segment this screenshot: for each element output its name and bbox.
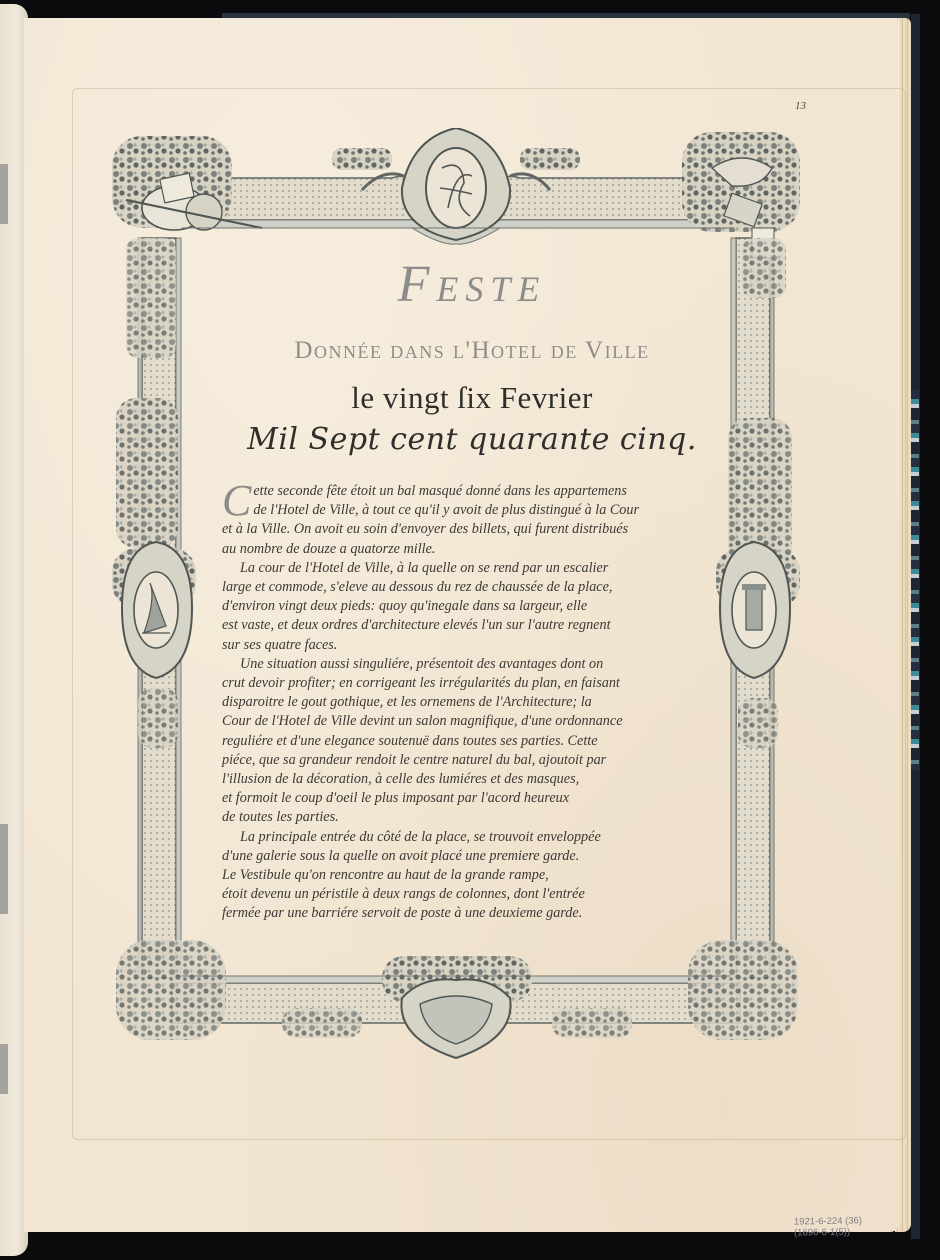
text-line: Le Vestibule qu'on rencontre au haut de … [222,866,722,885]
facing-page-ink [0,1044,8,1094]
text-line: de l'Hotel de Ville, à tout ce qu'il y a… [222,501,722,520]
text-line: Cour de l'Hotel de Ville devint un salon… [222,712,722,731]
text-line: piéce, que sa grandeur rendoit le centre… [222,751,722,770]
text-line: d'environ vingt deux pieds: quoy qu'ineg… [222,597,722,616]
facing-page-ink [0,164,8,224]
text-line: sur ses quatre faces. [222,636,722,655]
paragraph: La cour de l'Hotel de Ville, à la quelle… [222,559,722,655]
text-line: crut devoir profiter; en corrigeant les … [222,674,722,693]
accession-line: 1921-6-224 (36) [794,1215,862,1227]
plate-text: Feste Donnée dans l'Hotel de Ville le vi… [222,250,722,924]
text-line: est vaste, et deux ordres d'architecture… [222,616,722,635]
plate-title: Feste [222,256,722,314]
accession-line: (1696-6-1(5)) [794,1226,862,1238]
text-line: et à la Ville. On avoit eu soin d'envoye… [222,520,722,539]
year-line: Mil Sept cent quarante cinq. [222,422,722,458]
text-line: reguliére et d'une elegance soutenuë dan… [222,732,722,751]
text-line: disparoitre le gout gothique, et les orn… [222,693,722,712]
text-line: étoit devenu un péristile à deux rangs d… [222,885,722,904]
text-line: Une situation aussi singuliére, présento… [222,655,722,674]
bottom-center-cartouche [382,956,532,1058]
plate-subtitle: Donnée dans l'Hotel de Ville [222,336,722,366]
left-medallion [112,398,196,748]
marbled-endpaper-edge [911,390,919,770]
text-line: d'une galerie sous la quelle on avoit pl… [222,847,722,866]
date-line: le vingt ſix Fevrier [222,380,722,416]
text-line: fermée par une barriére servoit de poste… [222,904,722,923]
plate-body: C ette seconde fête étoit un bal masqué … [222,482,722,924]
page-number: 13 [795,100,806,112]
right-medallion [716,418,800,748]
text-line: La principale entrée du côté de la place… [222,828,722,847]
text-line: ette seconde fête étoit un bal masqué do… [222,482,722,501]
drop-cap: C [222,482,251,520]
accession-number: 1921-6-224 (36) (1696-6-1(5)) [794,1215,863,1238]
paragraph: C ette seconde fête étoit un bal masqué … [222,482,722,559]
text-line: au nombre de douze a quatorze mille. [222,540,722,559]
facing-page-ink [0,824,8,914]
paragraph: La principale entrée du côté de la place… [222,828,722,924]
text-line: et formoit le coup d'oeil le plus imposa… [222,789,722,808]
text-line: La cour de l'Hotel de Ville, à la quelle… [222,559,722,578]
text-line: l'illusion de la décoration, à celle des… [222,770,722,789]
text-line: de toutes les parties. [222,808,722,827]
text-line: large et commode, s'eleve au dessous du … [222,578,722,597]
paragraph: Une situation aussi singuliére, présento… [222,655,722,828]
